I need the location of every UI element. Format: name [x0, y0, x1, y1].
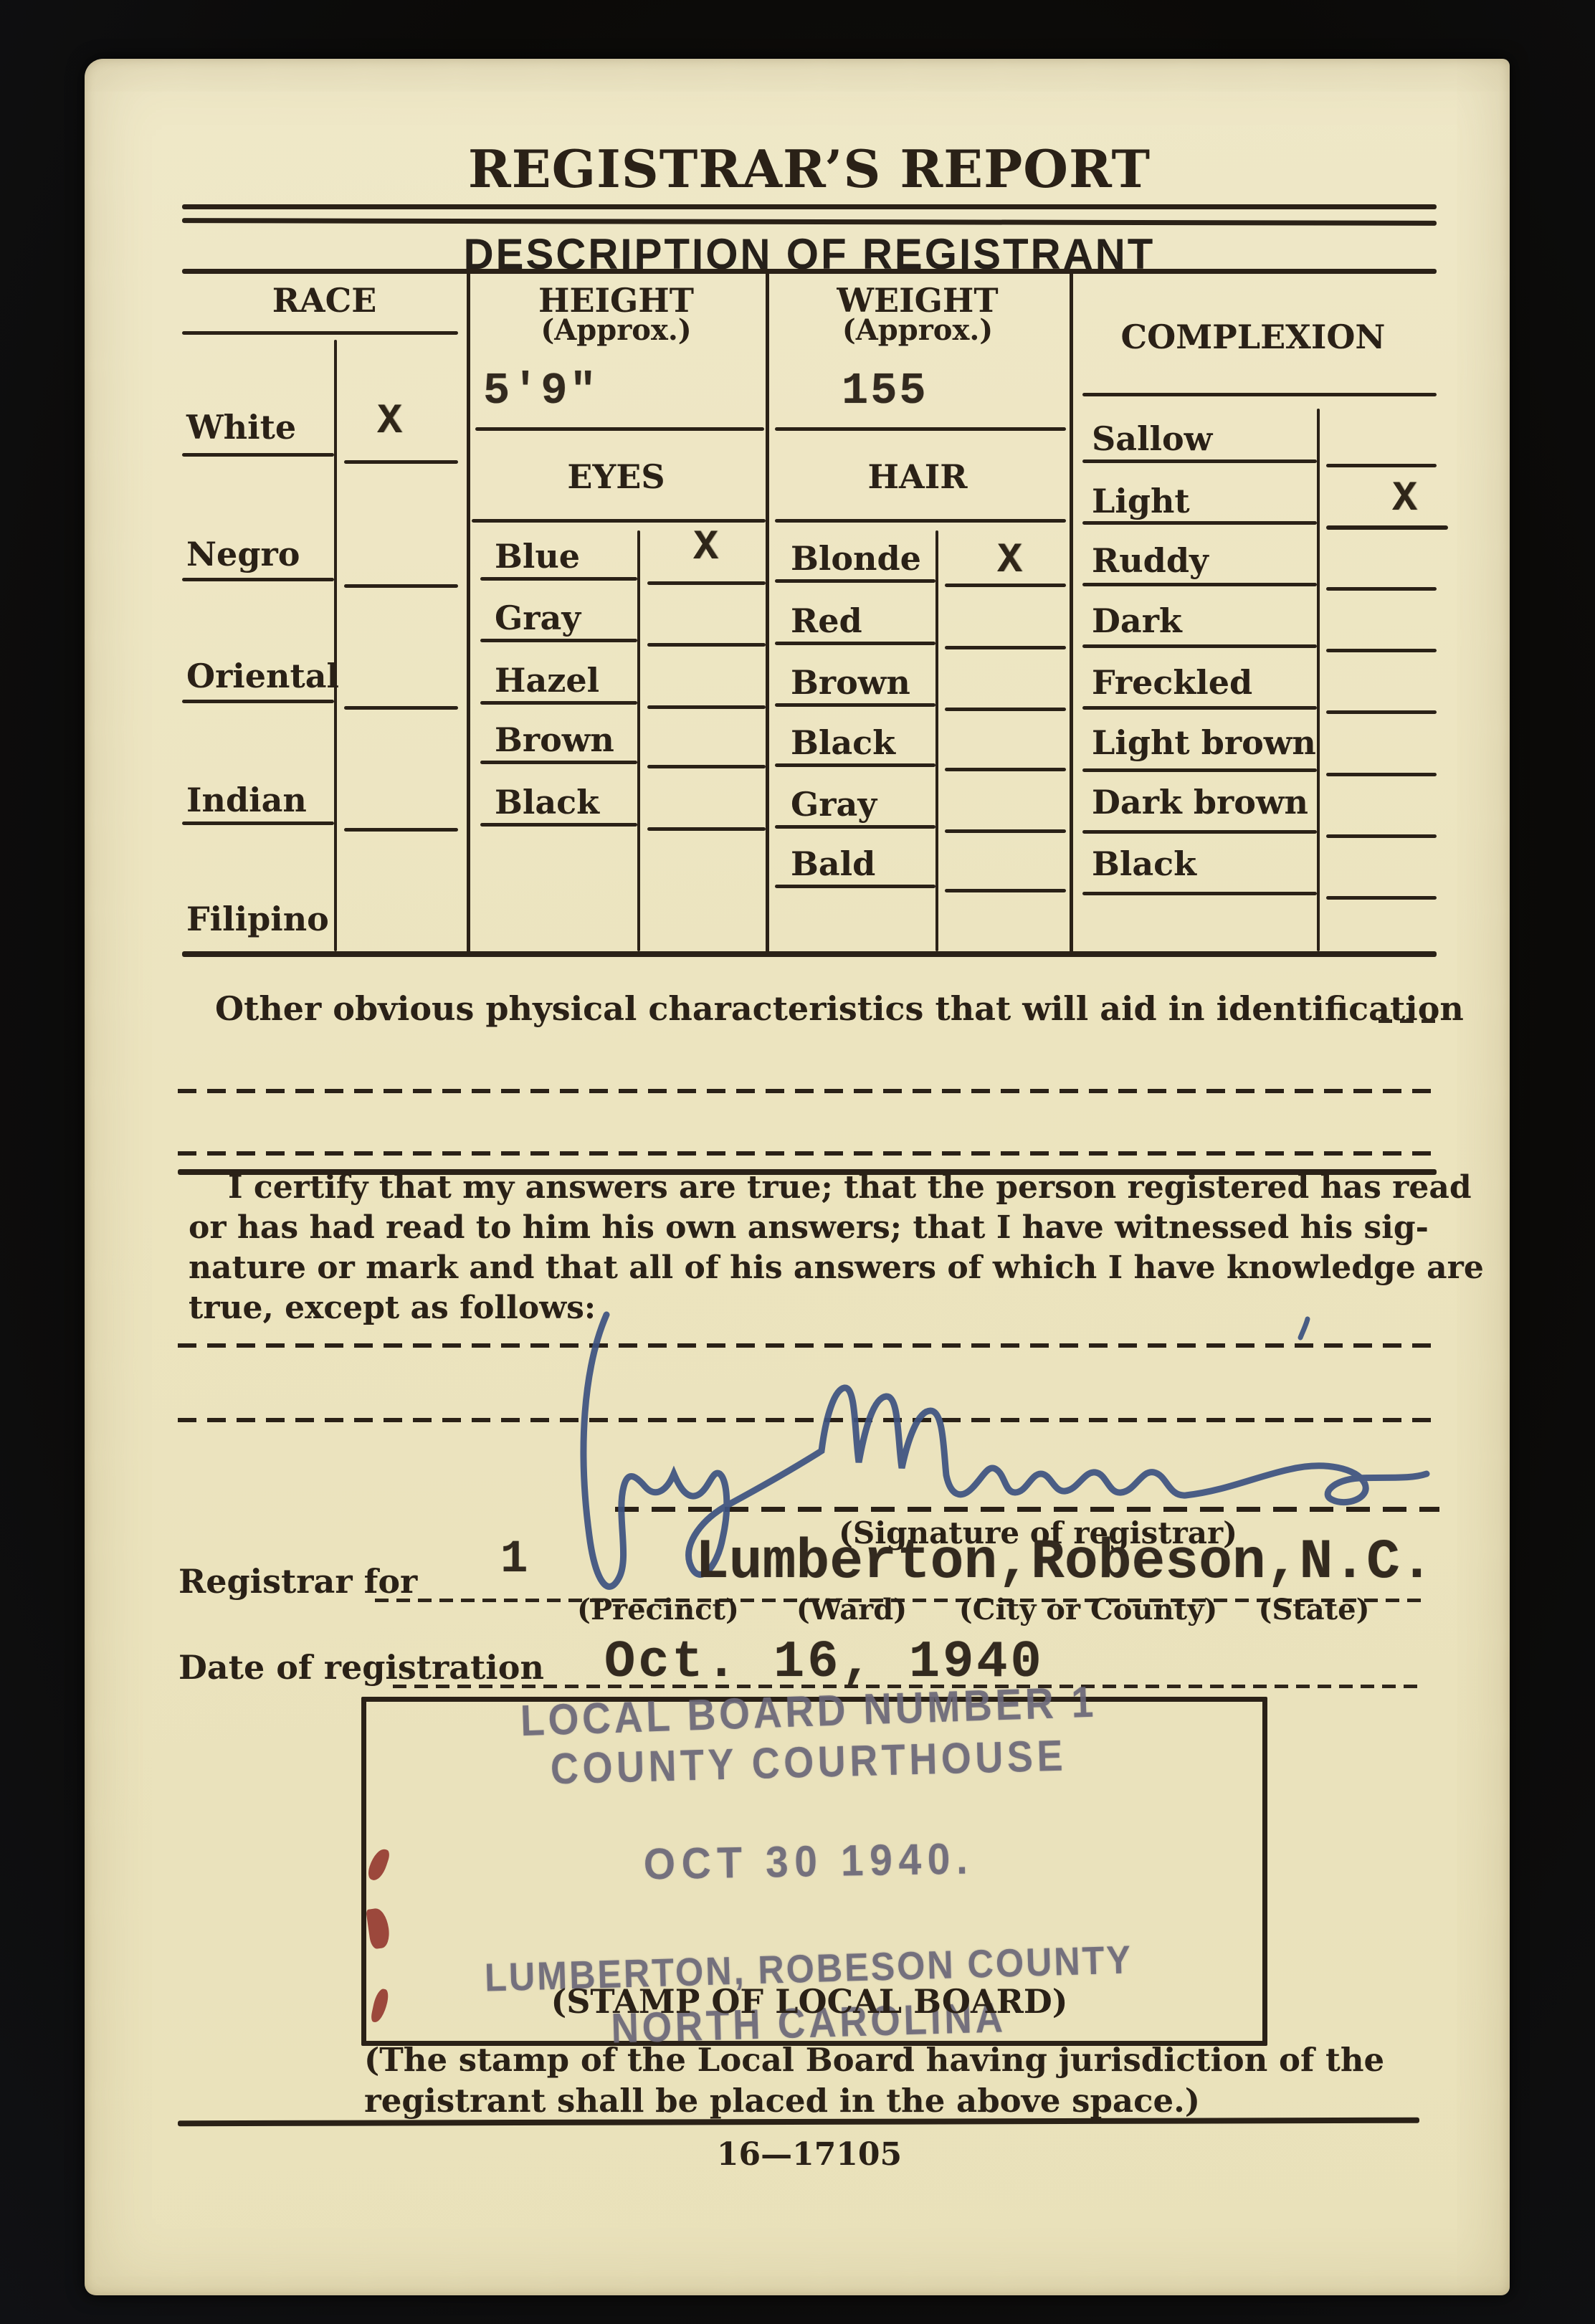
complexion-mark-underline: [1326, 834, 1437, 838]
blank-answer-line: [178, 1089, 1437, 1093]
hair-row-label: Black: [791, 723, 895, 762]
hair-header: HAIR: [766, 457, 1070, 496]
complexion-row-label: Light brown: [1092, 723, 1316, 762]
complexion-mark-underline: [1326, 525, 1448, 530]
race-row-label: Oriental: [186, 657, 339, 695]
location-value: Lumberton,Robeson,N.C.: [695, 1531, 1434, 1594]
stamp-instruction-line: (The stamp of the Local Board having jur…: [364, 2041, 1384, 2079]
blank-answer-line: [178, 1151, 1437, 1156]
race-mark-underline: [344, 584, 458, 588]
complexion-row-label: Freckled: [1092, 663, 1252, 702]
hair-row-label: Blonde: [791, 539, 921, 578]
ward-sublabel: (Ward): [744, 1593, 959, 1627]
eyes-row-underline: [480, 639, 637, 642]
height-approx-label: (Approx.): [467, 313, 766, 347]
complexion-row-label: Dark brown: [1092, 783, 1308, 822]
height-value: 5'9": [483, 366, 599, 416]
hair-mark-underline: [945, 646, 1066, 649]
eyes-row-label: Gray: [495, 599, 581, 637]
hair-row-underline: [775, 579, 935, 583]
weight-value-underline: [775, 427, 1066, 431]
race-header: RACE: [182, 281, 467, 320]
eyes-row-underline: [480, 701, 637, 705]
report-title: REGISTRAR’S REPORT: [182, 138, 1437, 199]
complexion-mark-divider: [1317, 409, 1320, 951]
complexion-x-mark: X: [1392, 476, 1417, 523]
eyes-row-underline: [480, 761, 637, 764]
race-row-underline: [182, 578, 334, 581]
eyes-mark-divider: [637, 530, 640, 951]
complexion-header: COMPLEXION: [1070, 318, 1437, 356]
race-header-underline: [182, 331, 458, 335]
eyes-row-label: Black: [495, 783, 599, 822]
precinct-value: 1: [500, 1534, 528, 1586]
stamp-box-caption: (STAMP OF LOCAL BOARD): [361, 1982, 1257, 2021]
hair-mark-underline: [945, 584, 1066, 587]
eyes-mark-underline: [647, 765, 766, 768]
complexion-mark-underline: [1326, 649, 1437, 652]
hair-mark-divider: [935, 530, 938, 951]
complexion-mark-underline: [1326, 773, 1437, 776]
complexion-row-underline: [1082, 644, 1317, 648]
eyes-row-label: Brown: [495, 720, 614, 759]
registrar-report-card: REGISTRAR’S REPORT DESCRIPTION OF REGIST…: [85, 59, 1510, 2295]
complexion-mark-underline: [1326, 587, 1437, 591]
hair-header-underline: [775, 519, 1066, 523]
hair-mark-underline: [945, 829, 1066, 833]
certification-line: or has had read to him his own answers; …: [189, 1208, 1484, 1248]
other-characteristics-label: Other obvious physical characteristics t…: [215, 989, 1464, 1028]
hair-row-label: Brown: [791, 663, 910, 702]
registrar-for-label: Registrar for: [178, 1562, 417, 1601]
hair-row-underline: [775, 885, 935, 888]
hair-mark-underline: [945, 889, 1066, 892]
hair-row-underline: [775, 703, 935, 707]
hair-mark-underline: [945, 768, 1066, 771]
race-row-label: White: [186, 408, 296, 447]
race-row-label: Filipino: [186, 900, 329, 938]
table-vertical-rule: [467, 269, 470, 955]
hair-row-label: Red: [791, 601, 862, 640]
hair-row-underline: [775, 825, 935, 829]
table-vertical-rule: [1070, 269, 1073, 955]
table-vertical-rule: [766, 269, 769, 955]
eyes-mark-underline: [647, 827, 766, 831]
precinct-sublabel: (Precinct): [551, 1593, 766, 1627]
hair-mark-underline: [945, 708, 1066, 711]
eyes-x-mark: X: [693, 525, 718, 571]
complexion-row-label: Light: [1092, 482, 1190, 520]
race-mark-underline: [344, 828, 458, 832]
race-mark-underline: [344, 460, 458, 464]
complexion-row-underline: [1082, 459, 1317, 463]
height-value-underline: [475, 427, 764, 431]
complexion-row-label: Sallow: [1092, 419, 1212, 458]
complexion-row-underline: [1082, 892, 1317, 895]
complexion-top-underline: [1082, 393, 1437, 396]
race-row-underline: [182, 453, 334, 457]
table-bottom-rule: [182, 951, 1437, 957]
race-row-label: Indian: [186, 781, 307, 819]
eyes-row-label: Blue: [495, 537, 580, 576]
registration-date-label: Date of registration: [178, 1648, 544, 1687]
eyes-mark-underline: [647, 643, 766, 647]
complexion-row-label: Ruddy: [1092, 541, 1209, 580]
complexion-row-underline: [1082, 830, 1317, 834]
eyes-row-label: Hazel: [495, 661, 599, 700]
race-x-mark: X: [377, 399, 402, 445]
complexion-row-label: Black: [1092, 844, 1196, 883]
eyes-mark-underline: [647, 705, 766, 709]
form-number: 16—17105: [182, 2136, 1437, 2173]
hair-row-underline: [775, 763, 935, 767]
race-row-underline: [182, 822, 334, 825]
complexion-mark-underline: [1326, 896, 1437, 900]
eyes-header: EYES: [467, 457, 766, 496]
eyes-header-underline: [472, 519, 766, 523]
race-mark-underline: [344, 706, 458, 710]
complexion-row-underline: [1082, 706, 1317, 710]
eyes-mark-underline: [647, 581, 766, 585]
weight-value: 155: [842, 366, 928, 416]
hair-row-underline: [775, 642, 935, 645]
hair-row-label: Gray: [791, 785, 877, 824]
other-characteristics-fill-line: [1379, 1019, 1437, 1023]
complexion-mark-underline: [1326, 710, 1437, 714]
table-top-rule: [182, 269, 1437, 274]
complexion-row-label: Dark: [1092, 601, 1182, 640]
complexion-mark-underline: [1326, 464, 1437, 467]
page-background: REGISTRAR’S REPORT DESCRIPTION OF REGIST…: [0, 0, 1595, 2324]
certification-line: I certify that my answers are true; that…: [189, 1168, 1484, 1208]
eyes-row-underline: [480, 823, 637, 827]
hair-row-label: Bald: [791, 844, 875, 883]
double-rule-top: [182, 204, 1437, 209]
city-county-sublabel: (City or County): [952, 1593, 1224, 1627]
weight-approx-label: (Approx.): [766, 313, 1070, 347]
eyes-row-underline: [480, 577, 637, 581]
certification-line: nature or mark and that all of his answe…: [189, 1248, 1484, 1288]
stamp-instruction-line: registrant shall be placed in the above …: [364, 2082, 1200, 2120]
complexion-row-underline: [1082, 768, 1317, 772]
race-mark-divider: [334, 340, 337, 951]
race-row-label: Negro: [186, 535, 300, 573]
race-row-underline: [182, 700, 334, 703]
complexion-row-underline: [1082, 583, 1317, 586]
complexion-row-underline: [1082, 521, 1317, 525]
hair-x-mark: X: [997, 538, 1022, 584]
state-sublabel: (State): [1206, 1593, 1422, 1627]
double-rule-bottom: [182, 218, 1437, 226]
